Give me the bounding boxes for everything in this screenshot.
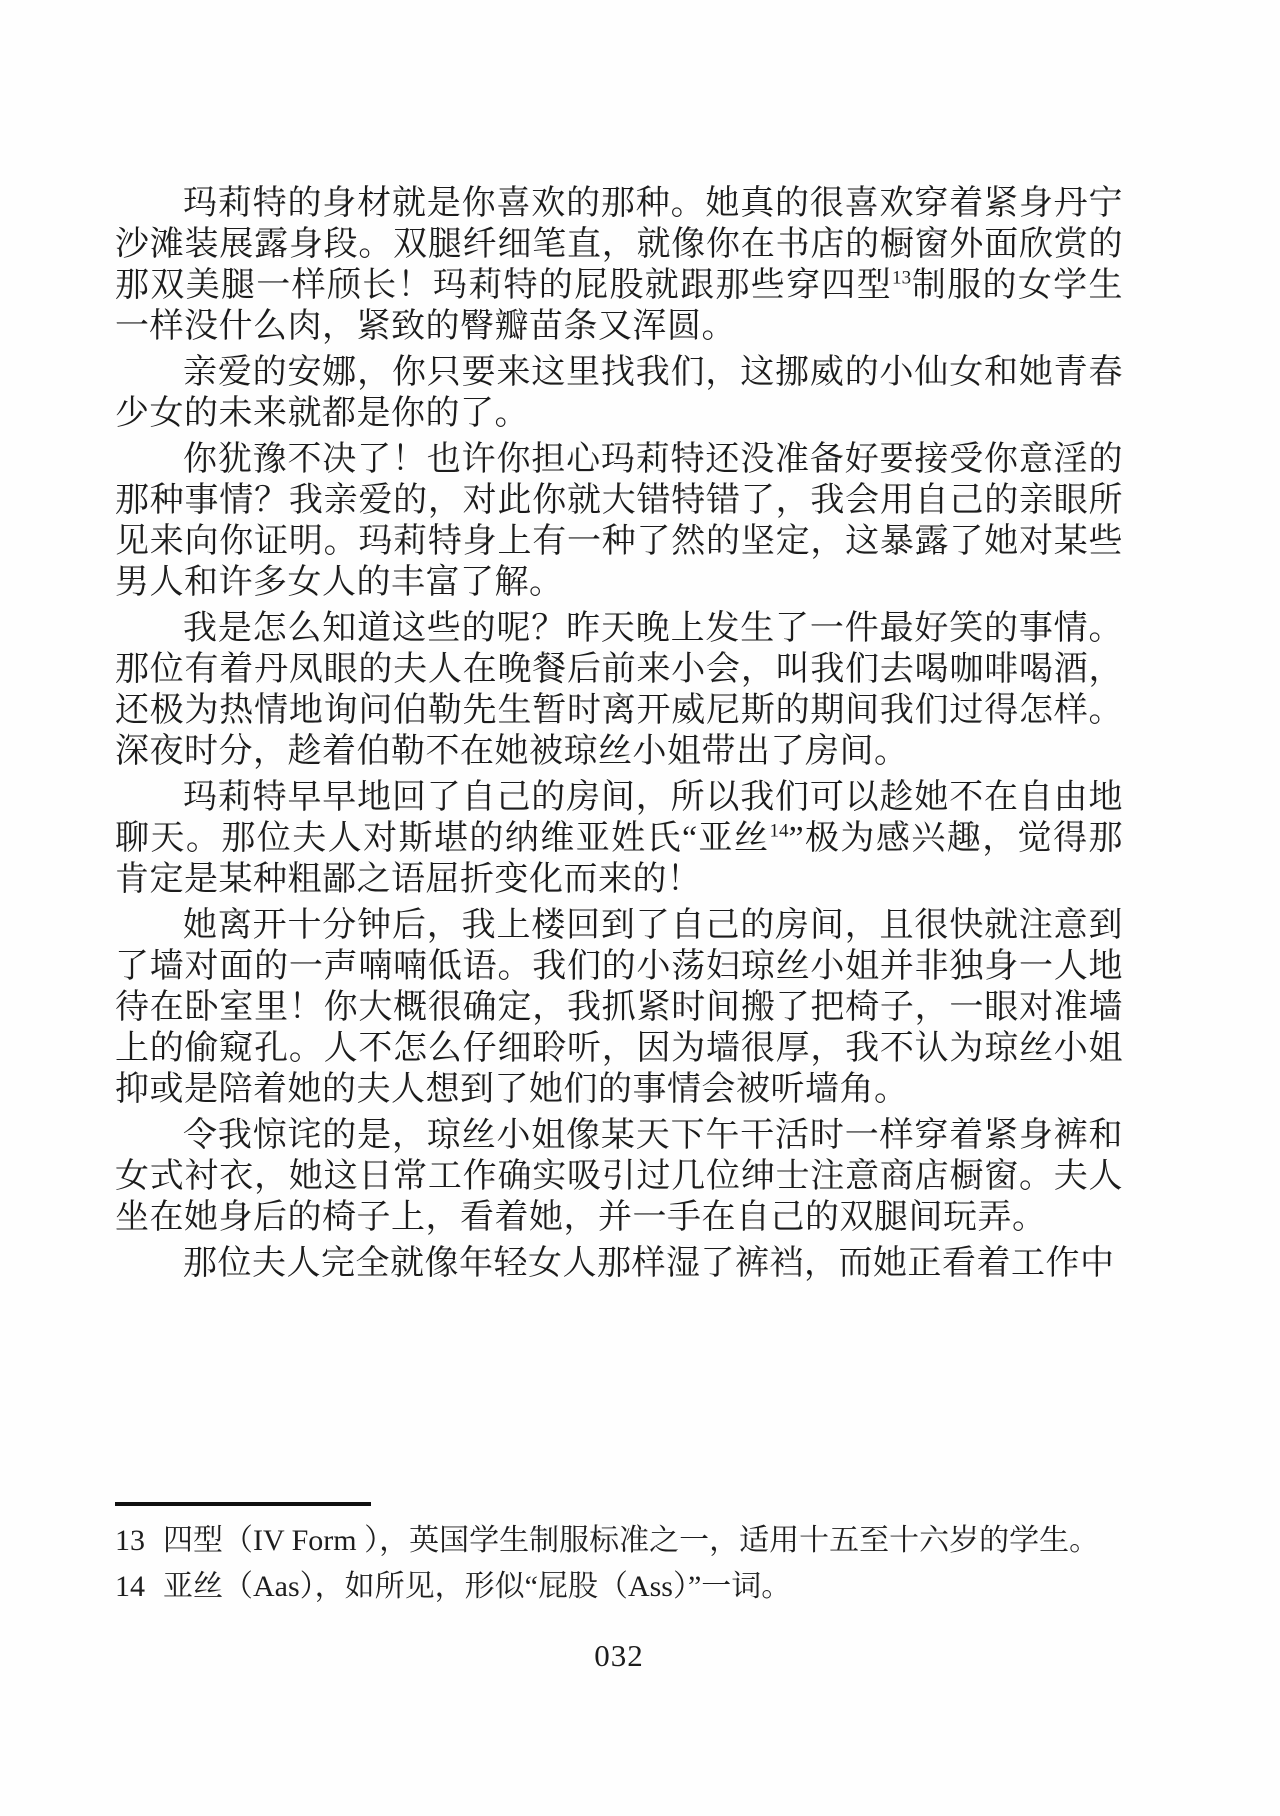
footnote-number: 13	[115, 1518, 145, 1564]
book-page: 玛莉特的身材就是你喜欢的那种。她真的很喜欢穿着紧身丹宁沙滩装展露身段。双腿纤细笔…	[0, 0, 1280, 1816]
paragraph: 玛莉特的身材就是你喜欢的那种。她真的很喜欢穿着紧身丹宁沙滩装展露身段。双腿纤细笔…	[115, 183, 1123, 347]
paragraph: 令我惊诧的是，琼丝小姐像某天下午干活时一样穿着紧身裤和女式衬衣，她这日常工作确实…	[115, 1115, 1123, 1238]
paragraph: 玛莉特早早地回了自己的房间，所以我们可以趁她不在自由地聊天。那位夫人对斯堪的纳维…	[115, 777, 1123, 900]
footnote: 13四型（IV Form ），英国学生制服标准之一，适用十五至十六岁的学生。	[115, 1518, 1123, 1564]
page-body-text: 玛莉特的身材就是你喜欢的那种。她真的很喜欢穿着紧身丹宁沙滩装展露身段。双腿纤细笔…	[115, 183, 1123, 1289]
paragraph: 我是怎么知道这些的呢？昨天晚上发生了一件最好笑的事情。那位有着丹凤眼的夫人在晚餐…	[115, 608, 1123, 772]
paragraph: 亲爱的安娜，你只要来这里找我们，这挪威的小仙女和她青春少女的未来就都是你的了。	[115, 352, 1123, 434]
footnote-ref: 13	[892, 268, 911, 289]
footnote: 14亚丝（Aas），如所见，形似“屁股（Ass）”一词。	[115, 1564, 1123, 1610]
footnote-text: 四型（IV Form ），英国学生制服标准之一，适用十五至十六岁的学生。	[163, 1524, 1099, 1557]
footnote-section: 13四型（IV Form ），英国学生制服标准之一，适用十五至十六岁的学生。14…	[115, 1502, 1123, 1610]
footnote-ref: 14	[769, 821, 788, 842]
paragraph: 你犹豫不决了！也许你担心玛莉特还没准备好要接受你意淫的那种事情？我亲爱的，对此你…	[115, 439, 1123, 603]
footnote-text: 亚丝（Aas），如所见，形似“屁股（Ass）”一词。	[163, 1570, 791, 1603]
paragraph: 那位夫人完全就像年轻女人那样湿了裤裆，而她正看着工作中	[115, 1243, 1123, 1284]
paragraph: 她离开十分钟后，我上楼回到了自己的房间，且很快就注意到了墙对面的一声喃喃低语。我…	[115, 905, 1123, 1110]
page-number: 032	[115, 1638, 1123, 1674]
footnote-list: 13四型（IV Form ），英国学生制服标准之一，适用十五至十六岁的学生。14…	[115, 1518, 1123, 1610]
footnote-divider	[115, 1502, 371, 1506]
footnote-number: 14	[115, 1564, 145, 1610]
